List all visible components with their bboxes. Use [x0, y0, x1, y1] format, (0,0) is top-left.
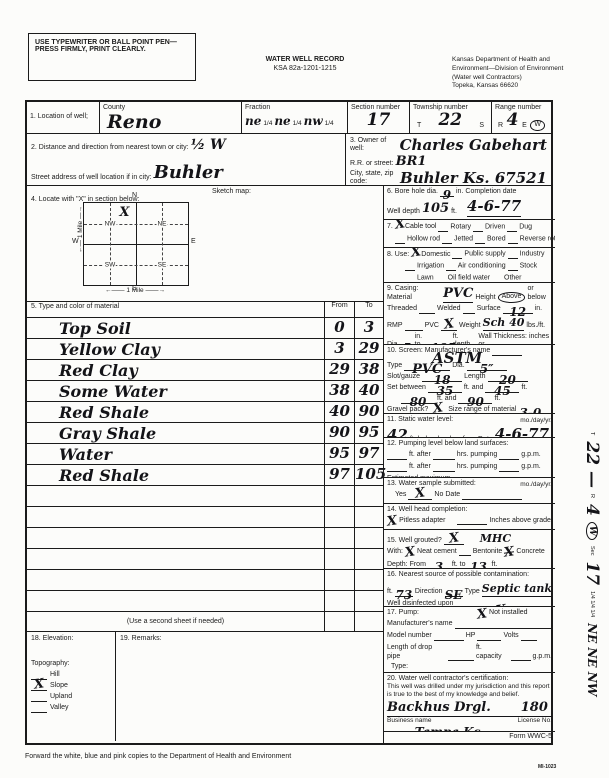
wellhead-line: X Pitless adapter Inches above grade — [387, 516, 552, 525]
section-7-method: 7. XCable tool Rotary Driven Dug Hollow … — [384, 220, 555, 248]
fraction-label: Fraction — [245, 104, 270, 111]
material-row: Red Shale 40 90 — [27, 402, 383, 423]
from-header: From — [324, 302, 354, 317]
material-from: 90 — [324, 423, 354, 443]
lbs-label: lbs./ft. — [526, 322, 545, 331]
surface-label: Surface — [477, 305, 501, 314]
material-to: 3 — [354, 318, 383, 338]
city-line: City, state, zip code: Buhler Ks. 67521 — [350, 169, 547, 187]
material-to: 90 — [354, 402, 383, 422]
material-from: 3 — [324, 339, 354, 359]
distance-value: ½ W — [191, 137, 226, 153]
bore-line: 6. Bore hole dia. 9 in. Completion date — [387, 188, 552, 197]
grid-dash-v2 — [162, 203, 163, 285]
material-name: Gray Shale — [31, 424, 320, 443]
use-line-2: Irrigation Air conditioning Stock — [405, 262, 552, 271]
section-10-screen: 10. Screen: Manufacturer's name ASTM Typ… — [384, 345, 555, 414]
street-line: Street address of well location if in ci… — [31, 162, 341, 183]
topo-option: XSlope — [31, 680, 111, 691]
grout-ft-label: ft. — [492, 561, 498, 570]
material-name: Red Clay — [31, 361, 320, 380]
bentonite-label: Bentonite — [473, 548, 503, 557]
pump-type-label: Type: — [391, 663, 552, 672]
materials-header: 5. Type and color of material From To — [27, 302, 383, 318]
grouted-line-1: 15. Well grouted? X MHC — [387, 532, 552, 546]
hrs-pumping-label-2: hrs. pumping — [457, 463, 497, 472]
compass-n: N — [132, 192, 137, 199]
form-body: 1. Location of well; County Reno Fractio… — [25, 100, 553, 745]
concrete-mark-struck: X — [504, 550, 515, 557]
material-to: 105 — [354, 465, 383, 485]
section-14-wellhead: 14. Well head completion: X Pitless adap… — [384, 504, 555, 530]
bore-dia-label: 6. Bore hole dia. — [387, 188, 438, 197]
grout-depth-label: Depth: From — [387, 561, 426, 570]
material-row-empty — [27, 486, 383, 507]
quarter-1: 1/4 — [263, 120, 272, 127]
casing-line-3: RMP PVC X Weight Sch 40 lbs./ft. — [387, 316, 552, 331]
grid-dash-h1 — [84, 224, 188, 225]
rr-line: R.R. or street: BR1 — [350, 154, 547, 169]
sample-date-label: Date — [445, 491, 460, 500]
quadrant-nw: NW — [104, 220, 117, 227]
concrete-label: Concrete — [516, 548, 544, 557]
mile-h-label: 1 Mile — [126, 287, 143, 294]
business-name-value: Backhus Drgl. — [387, 700, 491, 716]
pump-line-1: 17. Pump: X Not installed — [387, 609, 552, 618]
contamination-type-value: Septic tank — [482, 582, 552, 597]
section-17-pump: 17. Pump: X Not installed Manufacturer's… — [384, 607, 555, 673]
ft-capacity-label: ft. capacity — [476, 644, 509, 662]
quarter-2: 1/4 — [293, 120, 302, 127]
grid-center-horizontal — [84, 244, 188, 245]
township-s: S — [479, 122, 484, 131]
license-value: 180 — [521, 700, 548, 716]
form-subtitle: KSA 82a-1201-1215 — [205, 65, 405, 74]
grouted-line-2: With: X Neat cement Bentonite X Concrete — [387, 547, 552, 556]
not-installed-mark: X — [477, 611, 488, 618]
agency-line3: (Water well Contractors) — [452, 74, 592, 83]
upland-label: Upland — [50, 693, 72, 702]
length-label: Length — [464, 373, 485, 382]
gravel-pack-label: Gravel pack? — [387, 406, 428, 414]
bored-label: Bored — [487, 235, 506, 242]
typewriter-instruction-box: USE TYPEWRITER OR BALL POINT PEN—PRESS F… — [28, 33, 196, 81]
elevation-label: 18. Elevation: — [31, 635, 111, 644]
pump-label: 17. Pump: — [387, 609, 419, 618]
sample-no-label: No — [434, 491, 443, 500]
material-row: Water 95 97 — [27, 444, 383, 465]
township-value-line: T 22 S — [413, 110, 488, 131]
material-name: Red Shale — [31, 403, 320, 422]
form-title: WATER WELL RECORD — [205, 56, 405, 65]
neat-cement-mark: X — [405, 550, 416, 557]
township-value: 22 — [438, 110, 462, 131]
use-line-1: 8. Use: XDomestic Public supply Industry — [387, 250, 552, 260]
material-row: Red Shale 97 105 — [27, 465, 383, 486]
certification-text-2: is true to the best of my knowledge and … — [387, 691, 552, 699]
range-e: E — [522, 122, 527, 131]
pump-line-3: Model number HP Volts — [387, 632, 552, 641]
form-number-block: Form WWC-5 — [384, 732, 555, 743]
reverse-rotary-label: Reverse rotary — [520, 235, 555, 242]
slope-label: Slope — [50, 682, 68, 691]
section-8-use: 8. Use: XDomestic Public supply Industry… — [384, 248, 555, 284]
location-x-mark: X — [119, 205, 129, 220]
stock-label: Stock — [520, 263, 538, 270]
not-installed-label: Not installed — [489, 609, 528, 618]
well-depth-value: 105 — [422, 201, 449, 217]
screen-mfr-value: ASTM — [432, 349, 482, 368]
footer-instruction: Forward the white, blue and pink copies … — [25, 753, 291, 760]
driven-label: Driven — [485, 223, 505, 230]
sample-date-format: mo./day/yr. — [520, 481, 552, 489]
method-line-1: 7. XCable tool Rotary Driven Dug — [387, 222, 552, 232]
quarter-3: 1/4 — [325, 120, 334, 127]
contamination-line: ft. 73 Direction SE Type Septic tank — [387, 582, 552, 597]
set-between-label: Set between — [387, 384, 426, 393]
dug-label: Dug — [519, 223, 532, 230]
material-row: Top Soil 0 3 — [27, 318, 383, 339]
section-18-elevation: 18. Elevation: Topography: Hill XSlope U… — [27, 632, 115, 741]
fraction-q2: ne — [274, 114, 290, 128]
range-r: R — [498, 122, 503, 131]
casing-line-1: 9. Casing: Material PVC Height Above or … — [387, 285, 552, 303]
hrs-pumping-label: hrs. pumping — [457, 451, 497, 460]
casing-label: 9. Casing: Material — [387, 285, 441, 303]
certification-text-1: This well was drilled under my jurisdict… — [387, 683, 552, 691]
section-20-certification: 20. Water well contractor's certificatio… — [384, 673, 555, 733]
second-sheet-note-row: (Use a second sheet if needed) — [27, 612, 383, 631]
in-to-label: in. to — [415, 333, 429, 345]
section-15-grouted: 15. Well grouted? X MHC With: X Neat cem… — [384, 530, 555, 570]
grout-from-value: 3 — [435, 560, 443, 569]
screen-line-6: Gravel pack? X Size range of material 3-… — [387, 406, 552, 414]
pitless-mark: X — [387, 519, 398, 526]
range-value-line: R 4 E W — [495, 110, 548, 131]
jetted-label: Jetted — [454, 235, 473, 242]
weight-value: Sch 40 — [483, 316, 525, 331]
material-row: Gray Shale 90 95 — [27, 423, 383, 444]
volts-label: Volts — [503, 632, 518, 641]
agency-line4: Topeka, Kansas 66620 — [452, 82, 592, 91]
static-level-label: 11. Static water level: — [387, 416, 453, 425]
material-row: Yellow Clay 3 29 — [27, 339, 383, 360]
irrigation-label: Irrigation — [417, 263, 444, 270]
static-date-format: mo./day/yr. — [520, 417, 552, 425]
depth-ft-label: ft. — [451, 208, 457, 217]
margin-quarters-label: 1/4 1/4 1/4 — [589, 591, 595, 617]
city-label: City, state, zip code: — [350, 170, 398, 188]
hollow-rod-label: Hollow rod — [407, 235, 440, 242]
weight-label: Weight — [459, 322, 481, 331]
section-18-19-row: 18. Elevation: Topography: Hill XSlope U… — [27, 632, 383, 741]
material-row-empty — [27, 591, 383, 612]
address-line: Address Tampa Ks. — [387, 725, 552, 732]
range-cell: Range number R 4 E W — [491, 102, 551, 133]
casing-line-2: Threaded Welded Surface 12 in. — [387, 305, 552, 314]
material-from: 97 — [324, 465, 354, 485]
cable-tool-mark: X — [394, 221, 405, 228]
business-name-label: Business name — [387, 717, 431, 725]
pvc-label: PVC — [425, 322, 439, 331]
contamination-ft-label: ft. — [387, 588, 393, 597]
material-to: 38 — [354, 360, 383, 380]
margin-range-w: W — [586, 522, 598, 540]
air-conditioning-label: Air conditioning — [458, 263, 506, 270]
quadrant-sw: SW — [104, 261, 116, 268]
oil-field-water-label: Oil field water — [448, 275, 490, 282]
rr-label: R.R. or street: — [350, 160, 394, 169]
county-value: Reno — [107, 111, 238, 135]
pitless-label: Pitless adapter — [399, 517, 445, 526]
margin-range: 4 — [582, 504, 602, 516]
street-label: Street address of well location if in ci… — [31, 174, 152, 183]
owner-label: 3. Owner of well: — [350, 137, 398, 155]
margin-section: 17 — [582, 561, 602, 585]
gpm-label-2: g.p.m. — [521, 463, 540, 472]
material-name: Some Water — [31, 382, 320, 401]
ft-depth-label: ft. depth — [453, 333, 477, 345]
county-label: County — [103, 104, 125, 111]
pumping-line-1: ft. after hrs. pumping g.p.m. — [387, 451, 552, 460]
method-line-2: Hollow rod Jetted Bored Reverse rotary — [395, 235, 552, 244]
margin-t-label: T — [589, 432, 595, 435]
section-number-value: 17 — [351, 110, 406, 131]
topo-option: Valley — [31, 702, 111, 713]
section-3-owner: 3. Owner of well: Charles Gabehart R.R. … — [345, 134, 551, 185]
form-columns: 4. Locate with "X" in section below: Ske… — [27, 186, 551, 743]
surface-in-label: in. — [535, 305, 542, 314]
section-16-contamination: 16. Nearest source of possible contamina… — [384, 569, 555, 607]
rr-value: BR1 — [396, 154, 427, 169]
rotary-label: Rotary — [450, 223, 471, 230]
section-1-label: 1. Location of well; — [27, 102, 99, 133]
second-sheet-note: (Use a second sheet if needed) — [27, 612, 324, 631]
pump-line-2: Manufacturer's name — [387, 620, 552, 629]
section-1-location: 1. Location of well; County Reno Fractio… — [27, 102, 551, 134]
material-row: Red Clay 29 38 — [27, 360, 383, 381]
materials-label: 5. Type and color of material — [27, 302, 324, 317]
contamination-type-label: Type — [465, 588, 480, 597]
lawn-label: Lawn — [417, 275, 434, 282]
bore-in-label: in. — [456, 188, 463, 197]
sketch-map-label: Sketch map: — [212, 188, 251, 197]
to-header: To — [354, 302, 383, 317]
with-label: With: — [387, 548, 403, 557]
pump-mfr-label: Manufacturer's name — [387, 620, 453, 629]
material-name: Water — [31, 445, 320, 464]
form-number: Form WWC-5 — [509, 733, 552, 740]
remarks-label: 19. Remarks: — [120, 635, 162, 642]
gpm-label: g.p.m. — [521, 451, 540, 460]
section-2-distance: 2. Distance and direction from nearest t… — [27, 134, 345, 185]
grouted-line-3: Depth: From 3 ft. to 13 ft. — [387, 560, 552, 569]
disinfected-line: Well disinfected upon completion? X Yes … — [387, 600, 552, 607]
other-use-label: Other — [504, 275, 522, 282]
section-number-cell: Section number 17 — [347, 102, 409, 133]
fraction-q3: nw — [304, 114, 323, 128]
topography-label: Topography: — [31, 660, 111, 669]
business-labels-line: Business name License No. — [387, 717, 552, 725]
sample-line-2: Yes X No Date — [395, 491, 552, 500]
depth-line: Well depth 105 ft. 4-6-77 — [387, 197, 552, 217]
material-from: 38 — [324, 381, 354, 401]
model-label: Model number — [387, 632, 432, 641]
static-line-2: 42 ft. below land surface Date 4-6-77 — [387, 425, 552, 438]
margin-annotation: T 22 — R 4 W Sec 17 1/4 1/4 1/4 NE NE NW — [582, 432, 602, 732]
pump-gpm-label: g.p.m. — [533, 653, 552, 662]
well-depth-label: Well depth — [387, 208, 420, 217]
water-well-record-form: USE TYPEWRITER OR BALL POINT PEN—PRESS F… — [0, 0, 609, 778]
rmp-label: RMP — [387, 322, 403, 331]
drop-pipe-label: Length of drop pipe — [387, 644, 446, 662]
margin-quarters: NE NE NW — [585, 623, 599, 696]
contamination-label: 16. Nearest source of possible contamina… — [387, 571, 552, 580]
street-value: Buhler — [154, 162, 223, 183]
grid-dash-v1 — [110, 203, 111, 285]
completion-date-value: 4-6-77 — [467, 197, 521, 217]
section-4-locate: 4. Locate with "X" in section below: Ske… — [27, 186, 383, 302]
sample-yes-label: Yes — [395, 491, 406, 500]
material-from: 40 — [324, 402, 354, 422]
grout-note: MHC — [480, 532, 511, 546]
ft-after-label: ft. after — [409, 451, 431, 460]
section-2-3-row: 2. Distance and direction from nearest t… — [27, 134, 551, 186]
public-supply-label: Public supply — [464, 251, 505, 258]
topography-group: Topography: Hill XSlope Upland Valley — [31, 660, 111, 713]
material-row-empty — [27, 528, 383, 549]
cable-tool-label: Cable tool — [405, 223, 437, 230]
size-range-value: 3-0 — [520, 406, 542, 414]
grouted-label: 15. Well grouted? — [387, 537, 442, 546]
industry-label: Industry — [520, 251, 545, 258]
ft-label-2: ft. — [494, 395, 500, 404]
screen-line-4: Set between 35 ft. and 45 ft. — [387, 384, 552, 393]
material-row: Some Water 38 40 — [27, 381, 383, 402]
owner-value: Charles Gabehart — [400, 136, 547, 154]
ft-after-label-2: ft. after — [409, 463, 431, 472]
material-from: 0 — [324, 318, 354, 338]
domestic-mark: X — [411, 249, 422, 256]
grout-to-value: 13 — [470, 560, 487, 569]
grouted-mark: X — [448, 536, 459, 543]
fraction-value: ne 1/4 ne 1/4 nw 1/4 — [245, 114, 344, 129]
static-level-value: 42 — [387, 426, 408, 438]
material-row-empty — [27, 549, 383, 570]
business-line: Backhus Drgl. 180 — [387, 700, 552, 717]
height-label: Height — [475, 294, 495, 303]
fraction-cell: Fraction ne 1/4 ne 1/4 nw 1/4 — [241, 102, 347, 133]
margin-r-label: R — [589, 494, 595, 498]
use-line-3: Lawn Oil field water Other — [405, 274, 552, 283]
sample-label: 13. Water sample submitted: — [387, 480, 476, 489]
height-below-label: or below — [527, 285, 552, 303]
quadrant-se: SE — [157, 261, 168, 268]
left-column: 4. Locate with "X" in section below: Ske… — [27, 186, 383, 743]
pump-line-4: Length of drop pipe ft. capacity g.p.m. — [387, 644, 552, 662]
agency-line1: Kansas Department of Health and — [452, 56, 592, 65]
domestic-label: Domestic — [421, 251, 450, 258]
owner-line: 3. Owner of well: Charles Gabehart — [350, 136, 547, 154]
pumping-label: 12. Pumping level below land surfaces: — [387, 440, 552, 449]
city-value: Buhler Ks. 67521 — [400, 169, 547, 187]
screen-type-label: Type — [387, 362, 402, 371]
hp-label: HP — [466, 632, 476, 641]
material-name: Top Soil — [31, 319, 320, 338]
address-value: Tampa Ks. — [415, 725, 485, 732]
slope-mark: X — [34, 681, 45, 688]
grid-dash-h2 — [84, 265, 188, 266]
material-to: 97 — [354, 444, 383, 464]
slot-gauze-label: Slot/gauze — [387, 373, 420, 382]
sample-line-1: 13. Water sample submitted: mo./day/yr. — [387, 480, 552, 489]
section-6-borehole: 6. Bore hole dia. 9 in. Completion date … — [384, 186, 555, 220]
print-code: MI-1023 — [538, 764, 556, 770]
form-title-block: WATER WELL RECORD KSA 82a-1201-1215 — [205, 56, 405, 74]
certification-label: 20. Water well contractor's certificatio… — [387, 675, 552, 684]
neat-cement-label: Neat cement — [417, 548, 457, 557]
township-cell: Township number T 22 S — [409, 102, 491, 133]
material-from: 29 — [324, 360, 354, 380]
hill-label: Hill — [50, 671, 60, 680]
completion-date-label: Completion date — [465, 188, 516, 197]
material-from: 95 — [324, 444, 354, 464]
pvc-mark: X — [444, 321, 455, 328]
section-12-pumping: 12. Pumping level below land surfaces: f… — [384, 438, 555, 478]
wall-thickness-label: Wall Thickness: inches or — [478, 333, 552, 345]
gravel-pack-mark: X — [433, 405, 444, 412]
ft-and-label: ft. and — [464, 384, 483, 393]
distance-line: 2. Distance and direction from nearest t… — [31, 137, 341, 153]
screen-line-3: Slot/gauze 18 Length 20 — [387, 373, 552, 382]
topo-option: Upland — [31, 691, 111, 702]
wellhead-label: 14. Well head completion: — [387, 506, 552, 515]
material-to: 29 — [354, 339, 383, 359]
section-9-casing: 9. Casing: Material PVC Height Above or … — [384, 283, 555, 345]
material-to: 95 — [354, 423, 383, 443]
size-range-label: Size range of material — [448, 406, 516, 414]
township-t: T — [417, 122, 421, 131]
material-to: 40 — [354, 381, 383, 401]
section-7-number: 7. — [387, 223, 393, 232]
license-label: License No. — [518, 717, 552, 725]
distance-label: 2. Distance and direction from nearest t… — [31, 144, 189, 153]
disinfected-label: Well disinfected upon completion? — [387, 600, 490, 607]
fraction-q1: ne — [245, 114, 261, 128]
material-row-empty — [27, 570, 383, 591]
agency-line2: Environment—Division of Environment — [452, 65, 592, 74]
range-w-circled: W — [530, 120, 545, 131]
static-line-1: 11. Static water level: mo./day/yr. — [387, 416, 552, 425]
screen-line-5: 80 ft. and 90 ft. — [401, 395, 552, 404]
margin-dash: — — [582, 471, 602, 488]
height-above-circled: Above — [498, 292, 526, 303]
compass-e: E — [191, 238, 196, 245]
section-5-materials-table: 5. Type and color of material From To To… — [27, 302, 383, 632]
valley-label: Valley — [50, 704, 69, 713]
mile-scale-horizontal: ←—— 1 Mile ——→ — [83, 287, 187, 294]
section-13-sample: 13. Water sample submitted: mo./day/yr. … — [384, 478, 555, 504]
agency-address: Kansas Department of Health and Environm… — [452, 56, 592, 91]
material-row-empty — [27, 507, 383, 528]
quadrant-ne: NE — [156, 220, 167, 227]
county-cell: County Reno — [99, 102, 241, 133]
direction-label: Direction — [415, 588, 443, 597]
threaded-label: Threaded — [387, 305, 417, 314]
grout-ft-to-label: ft. to — [452, 561, 466, 570]
casing-line-4: Dia. 5 in. to 105 ft. depth Wall Thickne… — [387, 333, 552, 345]
section-19-remarks: 19. Remarks: — [115, 632, 383, 741]
